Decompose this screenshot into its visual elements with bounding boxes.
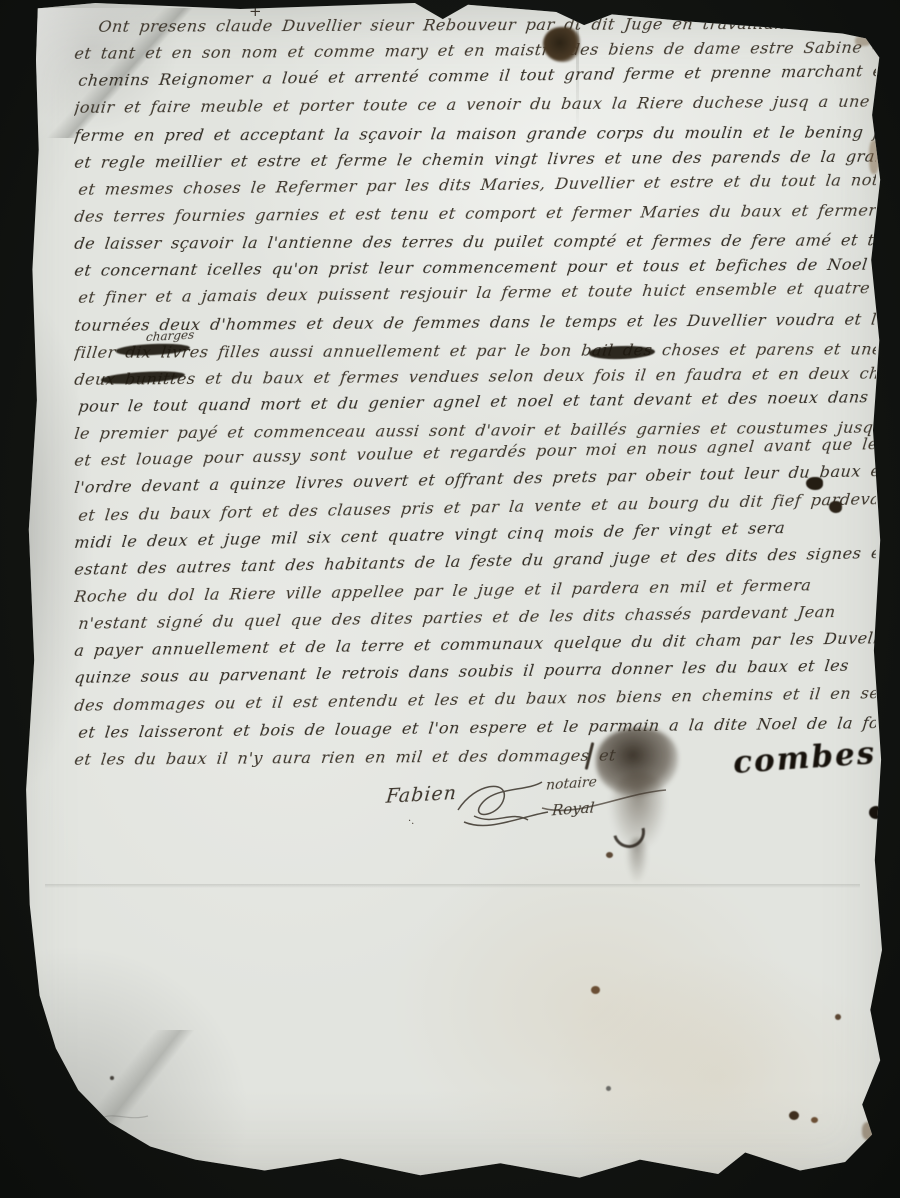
photo-background: + Ont presens claude Duvellier sieur Reb… (0, 0, 900, 1198)
foxing-speck (811, 1117, 818, 1123)
edge-discoloration (869, 140, 879, 174)
manuscript-page: + Ont presens claude Duvellier sieur Reb… (0, 0, 900, 1198)
ink-blot (543, 27, 580, 62)
foxing-speck (606, 852, 613, 858)
notary-title: Royal (551, 798, 595, 819)
fold-crease-bottom-left (40, 1030, 210, 1180)
edge-discoloration (862, 1122, 876, 1140)
handwritten-text-block: Ont presens claude Duvellier sieur Rebou… (74, 17, 876, 779)
text-line: des terres fournies garnies et est tenu … (74, 201, 876, 234)
faint-pencil-scribble (42, 1108, 152, 1128)
foxing-speck (789, 1111, 799, 1120)
foxing-speck (606, 1086, 611, 1091)
interlinear-insertion: charges (145, 328, 194, 345)
horizontal-fold-crease (45, 884, 860, 888)
text-line: tournées deux d'hommes et deux de femmes… (74, 309, 876, 342)
ink-blot (829, 501, 842, 513)
edge-discoloration (855, 36, 871, 46)
notary-paraph-flourish (450, 770, 554, 840)
notary-word: notaire (545, 774, 597, 794)
foxing-speck (835, 1014, 841, 1020)
ink-blot (806, 477, 823, 490)
notary-signature: Fabien (385, 782, 458, 808)
notary-signature-block: Fabien notaire Royal ·. (386, 772, 686, 852)
foxing-speck (591, 986, 600, 994)
notary-dots: ·. (408, 816, 414, 827)
edge-discoloration (878, 995, 887, 1041)
text-line: jouir et faire meuble et porter toute ce… (74, 92, 876, 125)
foxing-speck (110, 1076, 114, 1080)
ink-dot (869, 806, 883, 819)
